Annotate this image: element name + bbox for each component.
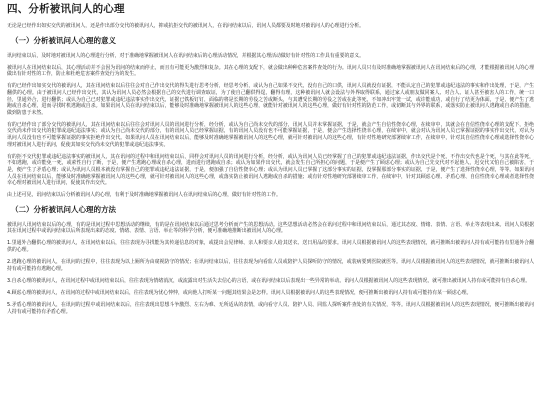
- subsection-heading: （二）分析被讯问人心理的方法: [11, 205, 534, 215]
- list-item: 4.顾虑心理的被讯问人，在讯问的过程中或讯问结束以后，往往表现为忧心忡忡，或向他…: [7, 290, 534, 297]
- paragraph: 被讯问人在讯问结束以后，其心理活动并不会因为讯问的结束而停止，而且有可能更为激烈…: [7, 65, 534, 78]
- list-item: 1.里通外合翻供心理的被讯问人，在讯问结束以后，往往表现为寻找能为其传递信息的对…: [7, 240, 534, 253]
- section-methods: （二）分析被讯问人心理的方法 被讯问人讯问结束以后的心理，有的是讯问过程中思想活…: [7, 205, 534, 315]
- paragraph: 由上述可见，讯问结束以后分析被讯问人的心理，有利于及时准确地掌握被讯问人在讯问结…: [7, 192, 534, 199]
- intro-paragraph: 无论是已经作出如实交代的被讯问人，还是作出部分交代的被讯问人，抑或抗拒交代的被讯…: [7, 23, 534, 30]
- paragraph: 有的拒不交代犯罪或违纪违法事实的被讯问人，其在讯问的过程中和讯问结束以后，同样会…: [7, 154, 534, 187]
- list-item: 3.自杀心理的被讯问人，在讯问过程中或讯问结束以后，往往表现为情绪消沉，或流露出…: [7, 278, 534, 285]
- paragraph: 有的已经作出了部分交代的被讯问人，其在讯问结束以后往往会对讯问人员的讯问进行分析…: [7, 122, 534, 148]
- list-item: 2.逃跑心理的被讯问人，在讯问的过程中，往往表现为以上厕所为由窥视防守的情况；在…: [7, 259, 534, 272]
- paragraph: 被讯问人讯问结束以后的心理，有的是讯问过程中思想活动的继续，有的是在讯问结束以后…: [7, 222, 534, 235]
- paragraph: 讯问结束以后，及时地对被讯问人的心理进行分析，对于准确地掌握被讯问人在讯问结束后…: [7, 53, 534, 60]
- subsection-heading: （一）分析被讯问人心理的意义: [11, 36, 534, 46]
- section-significance: （一）分析被讯问人心理的意义 讯问结束以后，及时地对被讯问人的心理进行分析，对于…: [7, 36, 534, 199]
- paragraph: 有的已经作出如实交代的被讯问人，其在讯问结束以后往往会对自己作出交代的得失进行思…: [7, 83, 534, 116]
- document-page: 四、分析被讯问人的心理 无论是已经作出如实交代的被讯问人，还是作出部分交代的被讯…: [0, 0, 540, 315]
- section-title: 四、分析被讯问人的心理: [7, 3, 534, 16]
- list-item: 5.矛盾心理的被讯问人，在讯问的过程中或讯问结束以后，往往表现出思想斗争激烈、左…: [7, 302, 534, 315]
